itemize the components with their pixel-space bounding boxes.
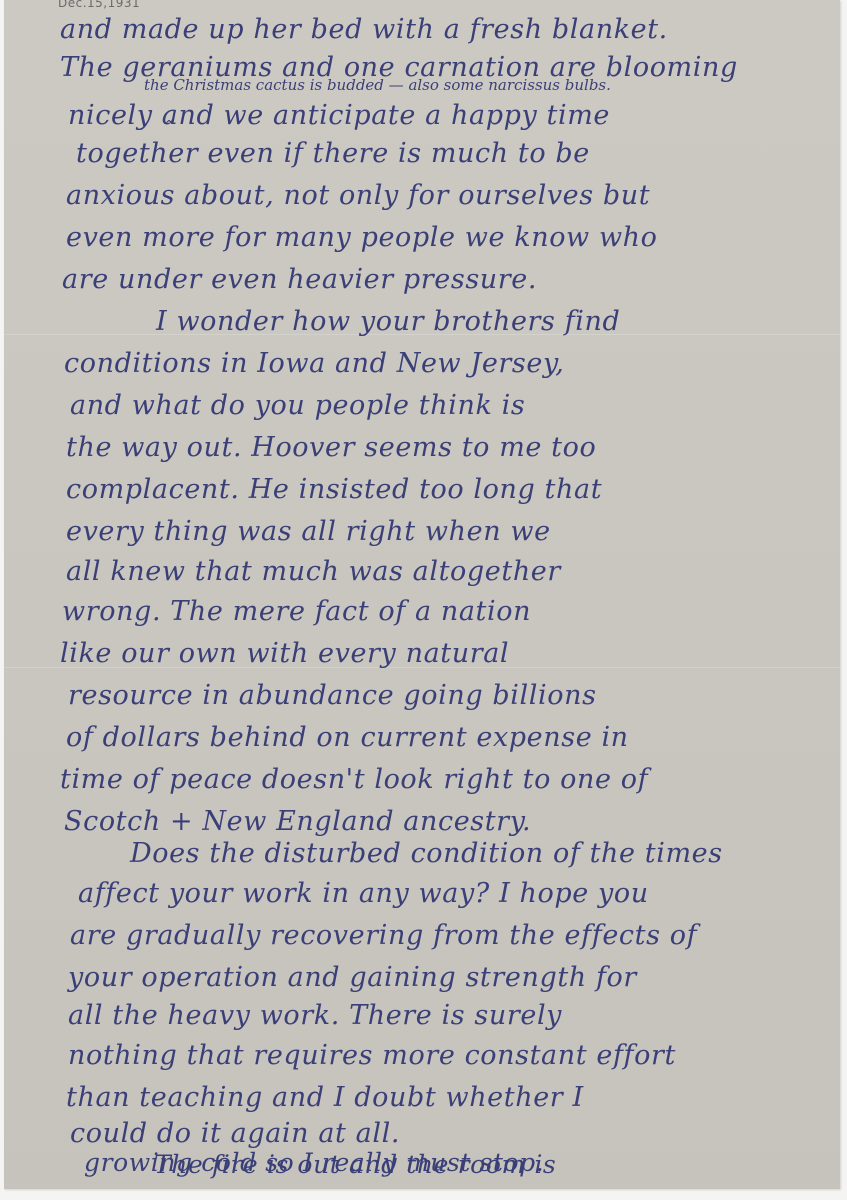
letter-line-closing: growing cold so I really must stop. xyxy=(84,1148,544,1177)
letter-line: all knew that much was altogether xyxy=(66,556,561,587)
letter-line-paragraph-start: Does the disturbed condition of the time… xyxy=(130,838,723,869)
letter-line: and what do you people think is xyxy=(70,390,525,421)
letter-line: together even if there is much to be xyxy=(76,138,590,169)
letter-line: and made up her bed with a fresh blanket… xyxy=(60,14,668,45)
letter-line: nothing that requires more constant effo… xyxy=(68,1040,676,1071)
letter-line: like our own with every natural xyxy=(60,638,509,669)
letter-line: resource in abundance going billions xyxy=(68,680,597,711)
letter-line: are under even heavier pressure. xyxy=(62,264,537,295)
letter-line: are gradually recovering from the effect… xyxy=(70,920,697,951)
date-annotation: Dec.15,1931 xyxy=(58,0,140,10)
letter-line: wrong. The mere fact of a nation xyxy=(62,596,531,627)
letter-line: nicely and we anticipate a happy time xyxy=(68,100,610,131)
letter-line: affect your work in any way? I hope you xyxy=(78,878,649,909)
letter-line: time of peace doesn't look right to one … xyxy=(60,764,648,795)
letter-line: your operation and gaining strength for xyxy=(68,962,637,993)
letter-line: than teaching and I doubt whether I xyxy=(66,1082,584,1113)
inserted-note: the Christmas cactus is budded — also so… xyxy=(144,76,611,94)
insertion-caret-mark: ^ xyxy=(164,118,174,132)
letter-line: anxious about, not only for ourselves bu… xyxy=(66,180,650,211)
letter-line: the way out. Hoover seems to me too xyxy=(66,432,596,463)
letter-line: all the heavy work. There is surely xyxy=(68,1000,562,1031)
letter-line: every thing was all right when we xyxy=(66,516,551,547)
letter-line: complacent. He insisted too long that xyxy=(66,474,602,505)
letter-line: conditions in Iowa and New Jersey, xyxy=(64,348,564,379)
letter-line-paragraph-start: I wonder how your brothers find xyxy=(156,306,620,337)
letter-page: Dec.15,1931 and made up her bed with a f… xyxy=(4,0,840,1189)
letter-line: even more for many people we know who xyxy=(66,222,658,253)
letter-line: could do it again at all. xyxy=(70,1118,400,1149)
letter-line: Scotch + New England ancestry. xyxy=(64,806,531,837)
letter-line: of dollars behind on current expense in xyxy=(66,722,629,753)
